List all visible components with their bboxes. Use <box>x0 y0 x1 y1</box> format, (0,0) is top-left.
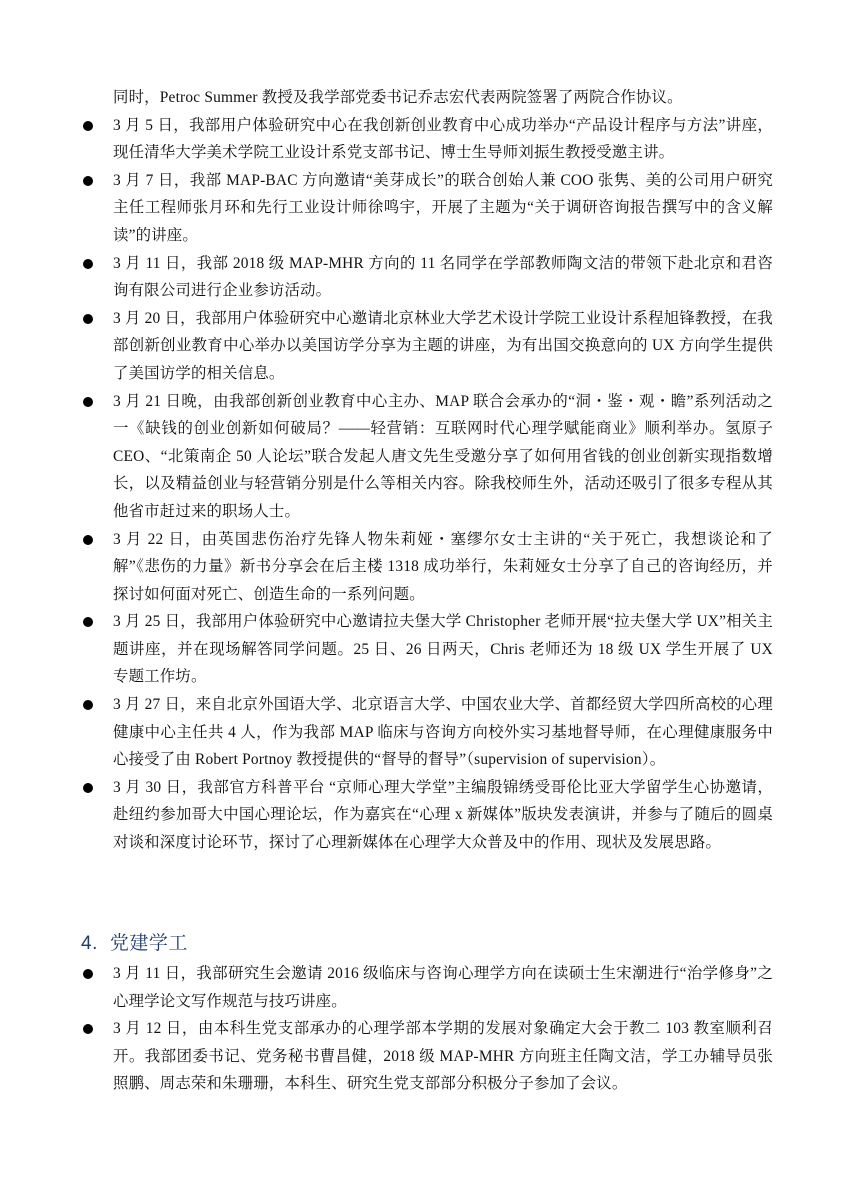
bullet-icon <box>83 617 93 627</box>
bullet-icon <box>83 259 93 269</box>
list-item: 3 月 11 日，我部研究生会邀请 2016 级临床与咨询心理学方向在读硕士生宋… <box>113 960 773 1015</box>
list-item: 3 月 22 日，由英国悲伤治疗先锋人物朱莉娅・塞缪尔女士主讲的“关于死亡，我想… <box>113 526 773 609</box>
bullet-icon <box>83 700 93 710</box>
bullet-icon <box>83 969 93 979</box>
section-4-heading: 4.党建学工 <box>81 928 188 955</box>
list-item: 3 月 7 日，我部 MAP-BAC 方向邀请“美芽成长”的联合创始人兼 COO… <box>113 167 773 250</box>
section-title: 党建学工 <box>110 933 188 954</box>
section-3-content: 同时，Petroc Summer 教授及我学部党委书记乔志宏代表两院签署了两院合… <box>113 84 773 857</box>
list-item: 3 月 20 日，我部用户体验研究中心邀请北京林业大学艺术设计学院工业设计系程旭… <box>113 305 773 388</box>
bullet-icon <box>83 783 93 793</box>
continuation-paragraph: 同时，Petroc Summer 教授及我学部党委书记乔志宏代表两院签署了两院合… <box>113 84 773 112</box>
document-page: 同时，Petroc Summer 教授及我学部党委书记乔志宏代表两院签署了两院合… <box>0 0 843 1200</box>
section-4-list: 3 月 11 日，我部研究生会邀请 2016 级临床与咨询心理学方向在读硕士生宋… <box>113 960 773 1098</box>
section-3-list: 3 月 5 日，我部用户体验研究中心在我创新创业教育中心成功举办“产品设计程序与… <box>113 112 773 857</box>
list-item: 3 月 11 日，我部 2018 级 MAP-MHR 方向的 11 名同学在学部… <box>113 250 773 305</box>
bullet-icon <box>83 314 93 324</box>
section-4-content: 3 月 11 日，我部研究生会邀请 2016 级临床与咨询心理学方向在读硕士生宋… <box>113 960 773 1098</box>
bullet-icon <box>83 397 93 407</box>
bullet-icon <box>83 121 93 131</box>
list-item: 3 月 25 日，我部用户体验研究中心邀请拉夫堡大学 Christopher 老… <box>113 608 773 691</box>
list-item: 3 月 5 日，我部用户体验研究中心在我创新创业教育中心成功举办“产品设计程序与… <box>113 112 773 167</box>
bullet-icon <box>83 535 93 545</box>
list-item: 3 月 21 日晚，由我部创新创业教育中心主办、MAP 联合会承办的“洞・鉴・观… <box>113 388 773 526</box>
list-item: 3 月 12 日，由本科生党支部承办的心理学部本学期的发展对象确定大会于教二 1… <box>113 1015 773 1098</box>
list-item: 3 月 27 日，来自北京外国语大学、北京语言大学、中国农业大学、首都经贸大学四… <box>113 691 773 774</box>
section-number: 4. <box>81 933 98 954</box>
list-item: 3 月 30 日，我部官方科普平台 “京师心理大学堂”主编殷锦绣受哥伦比亚大学留… <box>113 774 773 857</box>
bullet-icon <box>83 1024 93 1034</box>
bullet-icon <box>83 176 93 186</box>
